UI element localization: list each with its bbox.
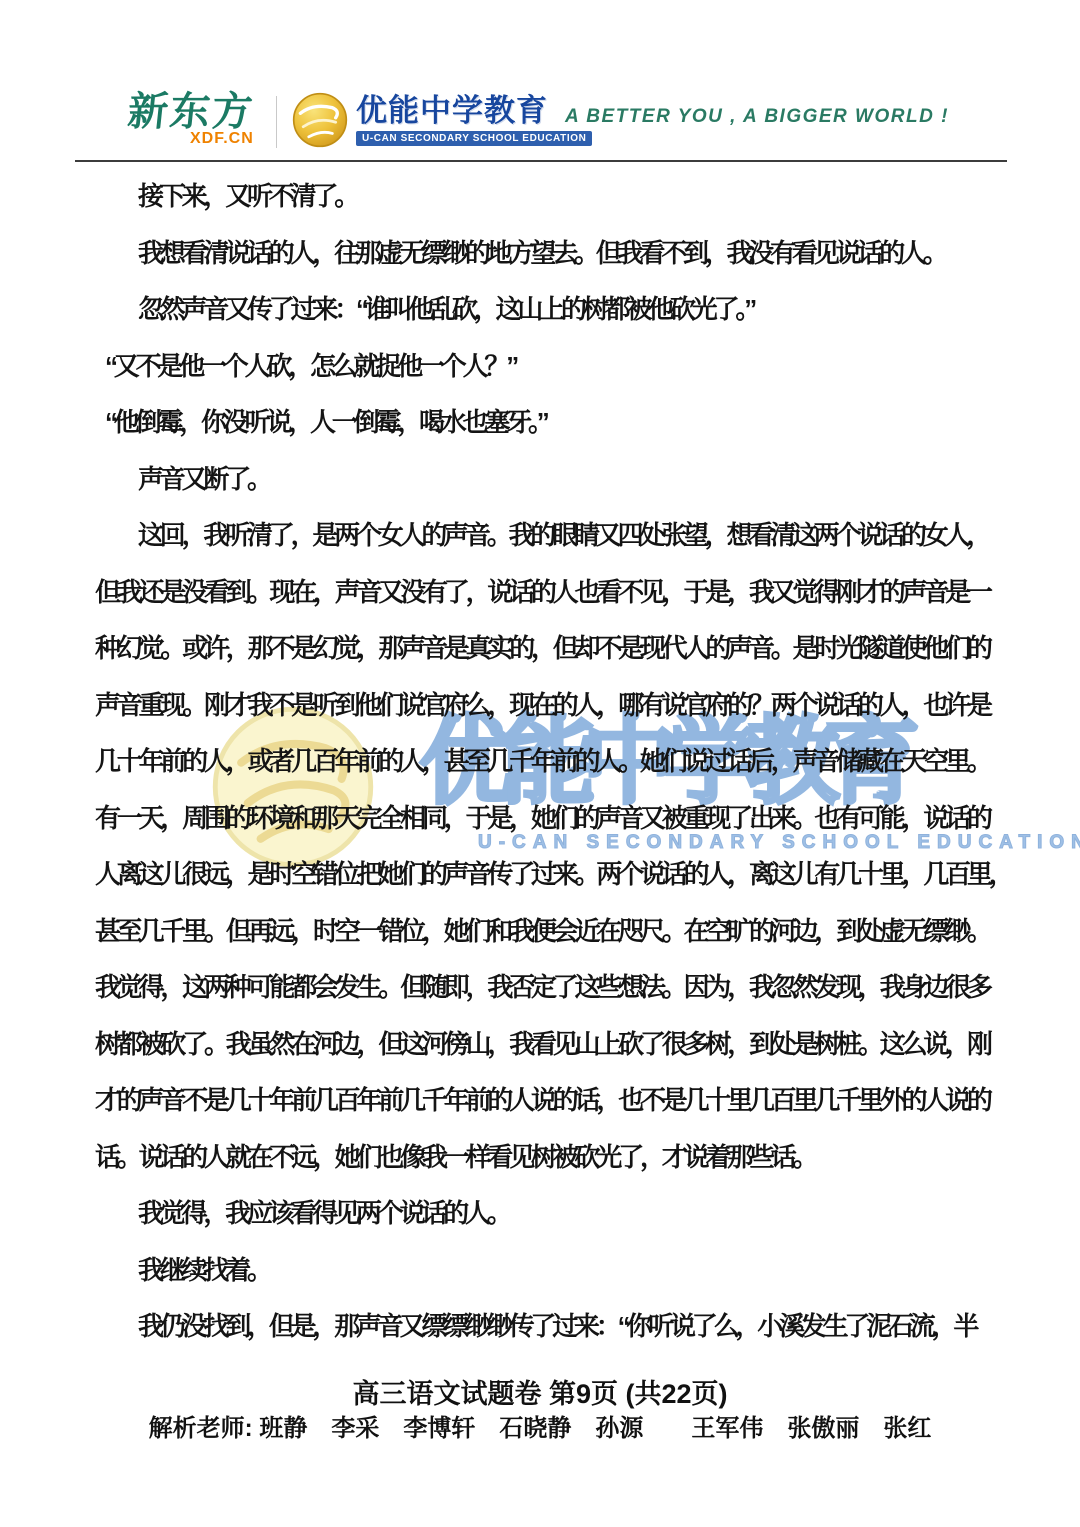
ucan-logo-text: 优能中学教育 <box>356 94 592 128</box>
text-line: 人离这儿很远，是时空错位把她们的声音传了过来。两个说话的人，离这儿有几十里，几百… <box>95 846 985 903</box>
ucan-logo: 优能中学教育 U-CAN SECONDARY SCHOOL EDUCATION <box>292 92 592 156</box>
xdf-logo-text: 新东方 <box>126 90 281 134</box>
text-line: 这回，我听清了，是两个女人的声音。我的眼睛又四处张望，想看清这两个说话的女人， <box>95 507 985 564</box>
footer-teachers: 解析老师: 班静 李采 李博轩 石晓静 孙源 王军伟 张傲丽 张红 <box>0 1408 1080 1443</box>
text-line: 忽然声音又传了过来：“谁叫他乱砍，这山上的树都被他砍光了。” <box>95 281 985 338</box>
exam-paper-page: 优能中学教育 U-CAN SECONDARY SCHOOL EDUCATION … <box>0 0 1080 1527</box>
page-number: 第9页 (共22页) <box>549 1379 728 1409</box>
ucan-logo-subtext: U-CAN SECONDARY SCHOOL EDUCATION <box>356 131 592 146</box>
text-line: 才的声音不是几十年前几百年前几千年前的人说的话，也不是几十里几百里几千里外的人说… <box>95 1072 985 1129</box>
text-line: “又不是他一个人砍，怎么就捉他一个人？” <box>95 338 985 395</box>
footer-page-info: 高三语文试题卷 第9页 (共22页) <box>0 1372 1080 1411</box>
text-line: 几十年前的人，或者几百年前的人，甚至几千年前的人。她们说过话后，声音储藏在天空里… <box>95 733 985 790</box>
text-line: 我继续找着。 <box>95 1242 985 1299</box>
ucan-globe-logo-icon <box>292 92 348 148</box>
text-line: 种幻觉。或许，那不是幻觉，那声音是真实的，但却不是现代人的声音。是时光隧道使他们… <box>95 620 985 677</box>
text-line: 我想看清说话的人，往那虚无缥缈的地方望去。但我看不到，我没有看见说话的人。 <box>95 225 985 282</box>
text-line: 声音重现。刚才我不是听到他们说官府么，现在的人，哪有说官府的？两个说话的人，也许… <box>95 677 985 734</box>
header-rule <box>75 160 1007 162</box>
text-line: 话。说话的人就在不远，她们也像我一样看见树被砍光了，才说着那些话。 <box>95 1129 985 1186</box>
text-line: “他倒霉，你没听说，人一倒霉，喝水也塞牙。” <box>95 394 985 451</box>
text-line: 树都被砍了。我虽然在河边，但这河傍山，我看见山上砍了很多树，到处是树桩。这么说，… <box>95 1016 985 1073</box>
text-line: 接下来，又听不清了。 <box>95 168 985 225</box>
text-line: 我觉得，我应该看得见两个说话的人。 <box>95 1185 985 1242</box>
text-line: 我仍没找到，但是，那声音又缥缥缈缈传了过来：“你听说了么，小溪发生了泥石流，半 <box>95 1298 985 1355</box>
text-line: 我觉得，这两种可能都会发生。但随即，我否定了这些想法。因为，我忽然发现，我身边很… <box>95 959 985 1016</box>
page-header: 新东方 XDF.CN 优能中学教育 U-CAN SEC <box>0 0 1080 162</box>
xdf-logo: 新东方 XDF.CN <box>128 90 278 134</box>
text-line: 甚至几千里。但再远，时空一错位，她们和我便会近在咫尺。在空旷的河边，到处虚无缥缈… <box>95 903 985 960</box>
header-tagline: A BETTER YOU , A BIGGER WORLD ! <box>565 106 949 128</box>
body-text: 接下来，又听不清了。我想看清说话的人，往那虚无缥缈的地方望去。但我看不到，我没有… <box>95 168 985 1355</box>
text-line: 声音又断了。 <box>95 451 985 508</box>
logo-divider <box>276 96 277 148</box>
doc-title: 高三语文试题卷 <box>352 1379 541 1409</box>
text-line: 但我还是没看到。现在，声音又没有了，说话的人也看不见，于是，我又觉得刚才的声音是… <box>95 564 985 621</box>
xdf-logo-url: XDF.CN <box>190 130 254 148</box>
text-line: 有一天，周围的环境和那天完全相同，于是，她们的声音又被重现了出来。也有可能，说话… <box>95 790 985 847</box>
